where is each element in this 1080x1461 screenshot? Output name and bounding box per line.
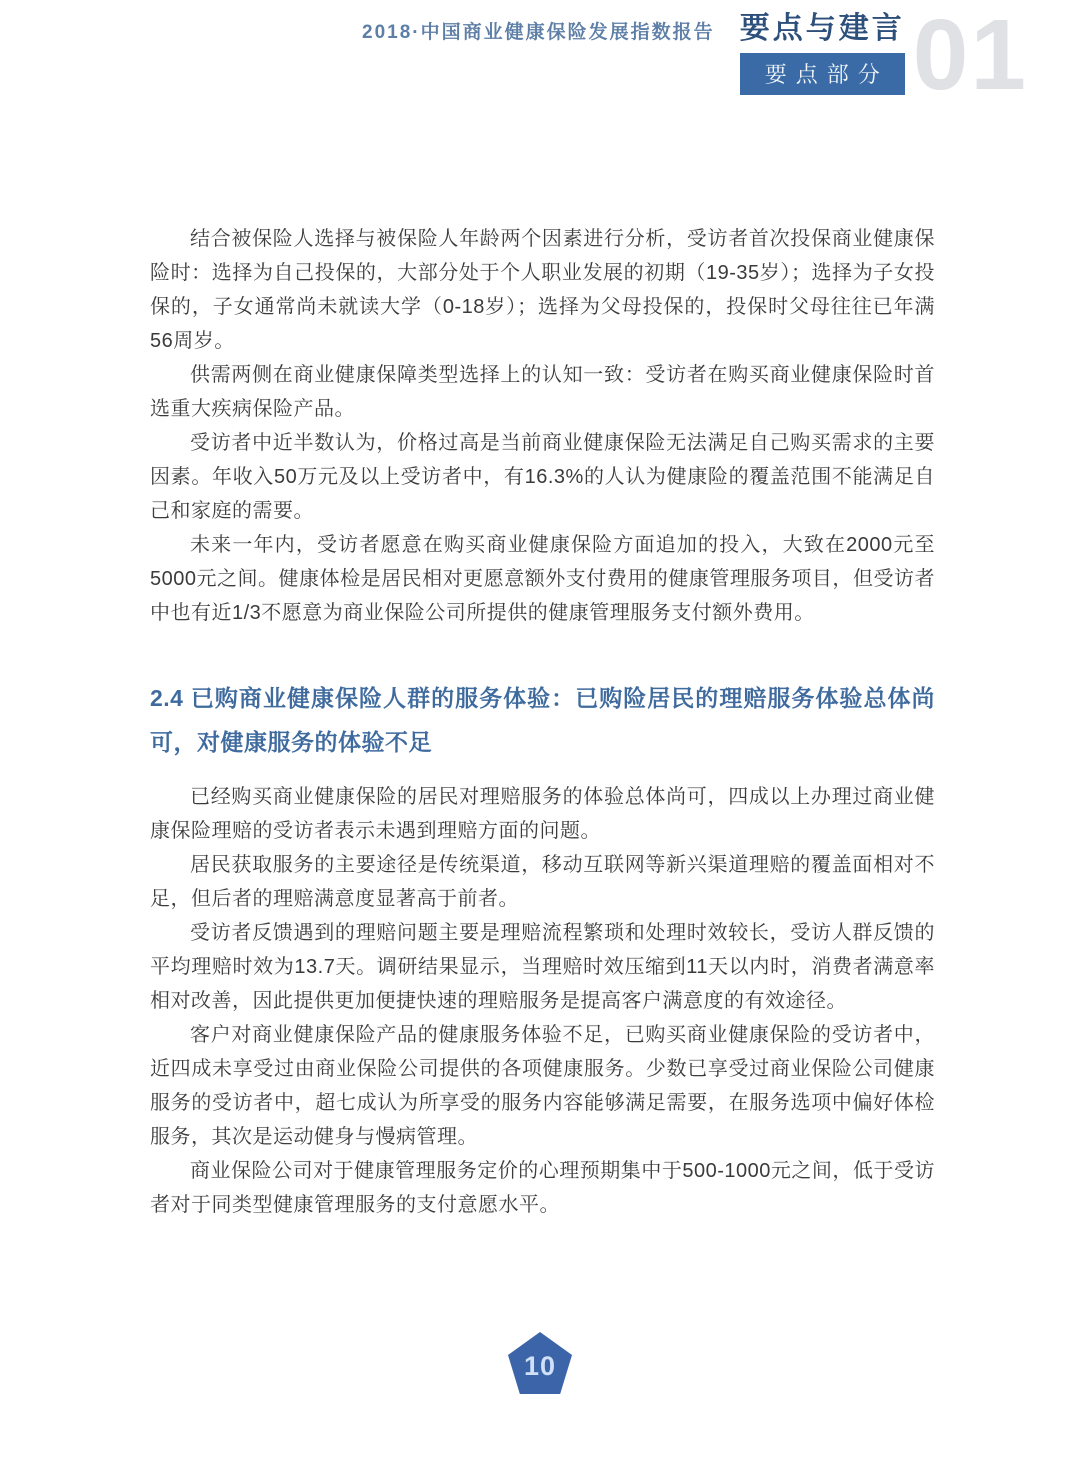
chapter-subtitle-badge: 要点部分 xyxy=(740,53,905,95)
page-number-badge: 10 xyxy=(508,1332,572,1394)
paragraph-intro-3: 受访者中近半数认为，价格过高是当前商业健康保险无法满足自己购买需求的主要因素。年… xyxy=(150,426,935,528)
page-content: 结合被保险人选择与被保险人年龄两个因素进行分析，受访者首次投保商业健康保险时：选… xyxy=(150,222,935,1222)
section-heading: 2.4 已购商业健康保险人群的服务体验：已购险居民的理赔服务体验总体尚可，对健康… xyxy=(150,676,935,764)
page-number: 10 xyxy=(524,1351,556,1382)
chapter-text: 要点与建言 要点部分 xyxy=(740,8,905,95)
chapter-title: 要点与建言 xyxy=(740,8,905,50)
chapter-block: 要点与建言 要点部分 01 xyxy=(740,8,1028,103)
paragraph-intro-2: 供需两侧在商业健康保障类型选择上的认知一致：受访者在购买商业健康保险时首选重大疾… xyxy=(150,358,935,426)
paragraph-intro-1: 结合被保险人选择与被保险人年龄两个因素进行分析，受访者首次投保商业健康保险时：选… xyxy=(150,222,935,358)
paragraph-section-2: 居民获取服务的主要途径是传统渠道，移动互联网等新兴渠道理赔的覆盖面相对不足，但后… xyxy=(150,848,935,916)
paragraph-section-4: 客户对商业健康保险产品的健康服务体验不足，已购买商业健康保险的受访者中，近四成未… xyxy=(150,1018,935,1154)
paragraph-section-5: 商业保险公司对于健康管理服务定价的心理预期集中于500-1000元之间，低于受访… xyxy=(150,1154,935,1222)
document-title: 2018·中国商业健康保险发展指数报告 xyxy=(362,17,715,44)
page-footer: 10 xyxy=(0,1332,1080,1394)
paragraph-section-1: 已经购买商业健康保险的居民对理赔服务的体验总体尚可，四成以上办理过商业健康保险理… xyxy=(150,780,935,848)
report-page: 2018·中国商业健康保险发展指数报告 要点与建言 要点部分 01 结合被保险人… xyxy=(0,0,1080,1461)
chapter-number: 01 xyxy=(913,8,1028,103)
page-header: 2018·中国商业健康保险发展指数报告 要点与建言 要点部分 01 xyxy=(0,0,1080,110)
paragraph-section-3: 受访者反馈遇到的理赔问题主要是理赔流程繁琐和处理时效较长，受访人群反馈的平均理赔… xyxy=(150,916,935,1018)
paragraph-intro-4: 未来一年内，受访者愿意在购买商业健康保险方面追加的投入，大致在2000元至500… xyxy=(150,528,935,630)
